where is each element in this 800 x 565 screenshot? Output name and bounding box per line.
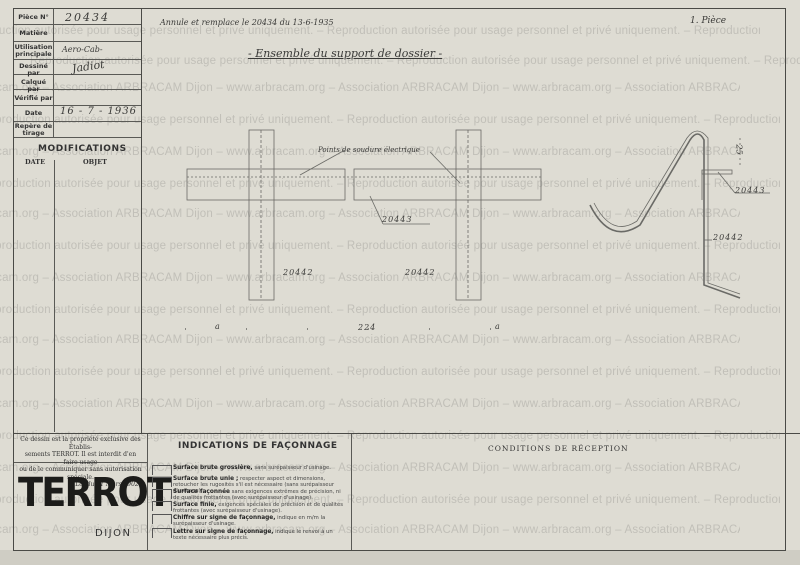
- finish-symbol-icon: [152, 465, 172, 475]
- callout-side-bar: 20442: [713, 233, 743, 242]
- callout-side-bracket: 20443: [735, 186, 765, 195]
- indication-row: Lettre sur signe de façonnage, indique l…: [173, 529, 348, 541]
- finish-symbol-icon: [152, 501, 172, 511]
- indication-row: Surface façonnée sans exigences extrêmes…: [173, 489, 348, 501]
- callout-right-bar: 20442: [405, 268, 435, 277]
- finish-symbol-icon: [152, 477, 172, 487]
- indication-row: Surface brute grossière, sans surépaisse…: [173, 465, 331, 471]
- dimension-overall: 224: [358, 323, 376, 332]
- callout-cross-part: 20443: [382, 215, 412, 224]
- indication-term: Surface brute grossière,: [173, 465, 253, 471]
- callout-left-bar: 20442: [283, 268, 313, 277]
- indication-row: Surface finie, exigences spéciales de pr…: [173, 502, 348, 514]
- dimension-side-height: 25: [735, 144, 744, 154]
- indications-title: INDICATIONS DE FAÇONNAGE: [178, 441, 338, 451]
- finish-symbol-icon: [152, 528, 172, 538]
- reception-title: CONDITIONS DE RÉCEPTION: [488, 444, 629, 453]
- indication-row: Chiffre sur signe de façonnage, indique …: [173, 515, 348, 527]
- brand-city: DIJON: [95, 530, 131, 537]
- dimension-left-a: a: [215, 322, 220, 331]
- copyright-line: Ce dessin est la propriété exclusive des…: [18, 436, 143, 451]
- finish-symbol-icon: [152, 489, 172, 499]
- dimension-right-a: a: [495, 322, 500, 331]
- copyright-line: sements TERROT. Il est interdit d'en fai…: [18, 451, 143, 466]
- finish-symbol-icon: [152, 514, 172, 524]
- indication-desc: sans surépaisseur d'usinage.: [253, 465, 331, 471]
- divider: [351, 434, 352, 550]
- terrot-logo: TERROT: [18, 470, 170, 516]
